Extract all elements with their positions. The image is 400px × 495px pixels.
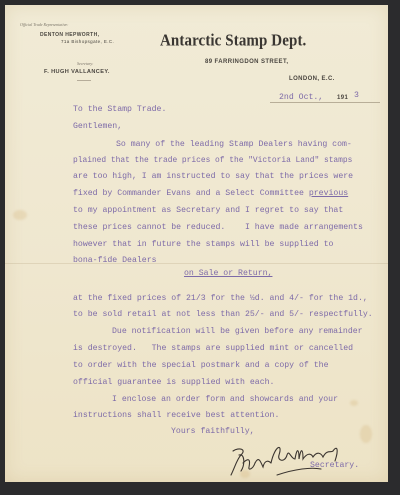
body-line: bona-fide Dealers	[73, 256, 157, 265]
year-typed: 3	[354, 91, 359, 100]
body-line: however that in future the stamps will b…	[73, 240, 333, 249]
body-line: are too high, I am instructed to say tha…	[73, 172, 353, 181]
salutation: Gentlemen,	[73, 122, 122, 131]
addressee: To the Stamp Trade.	[73, 105, 166, 114]
year-printed: 191	[337, 95, 348, 101]
body-line: these prices cannot be reduced. I have m…	[73, 223, 363, 232]
body-line: fixed by Commander Evans and a Select Co…	[73, 189, 348, 198]
underlined-previous: previous	[309, 189, 348, 198]
sale-or-return: on Sale or Return,	[184, 269, 272, 278]
representative-label: Official Trade Representative:	[20, 22, 69, 27]
body-line: official guarantee is supplied with each…	[73, 378, 274, 387]
body-line: to order with the special postmark and a…	[73, 361, 329, 370]
body-line: I enclose an order form and showcards an…	[112, 395, 338, 404]
body-line: So many of the leading Stamp Dealers hav…	[116, 140, 352, 149]
secretary-label: Secretary:	[77, 61, 94, 66]
body-line: to be sold retail at not less than 25/- …	[73, 310, 373, 319]
street-address: 89 FARRINGDON STREET,	[205, 59, 288, 65]
signoff-title: Secretary.	[310, 461, 359, 470]
body-line: at the fixed prices of 21/3 for the ½d. …	[73, 294, 368, 303]
body-line: Due notification will be given before an…	[112, 327, 363, 336]
foxing-stain	[13, 210, 27, 220]
secretary-name: F. HUGH VALLANCEY.	[44, 69, 110, 75]
foxing-stain	[360, 425, 372, 443]
rule-divider	[77, 80, 91, 81]
body-line: to my appointment as Secretary and I reg…	[73, 206, 343, 215]
closing: Yours faithfully,	[171, 427, 255, 436]
body-text: fixed by Commander Evans and a Select Co…	[73, 189, 309, 198]
foxing-stain	[350, 400, 358, 406]
body-line: is destroyed. The stamps are supplied mi…	[73, 344, 353, 353]
date-typed: 2nd Oct.,	[279, 93, 323, 102]
representative-address: 71a Bishopsgate, E.C.	[61, 39, 114, 44]
fold-crease	[5, 263, 388, 264]
body-line: plained that the trade prices of the "Vi…	[73, 156, 352, 165]
representative-name: DENTON HEPWORTH,	[40, 32, 99, 38]
body-line: instructions shall receive best attentio…	[73, 411, 279, 420]
letter-sheet: Official Trade Representative: DENTON HE…	[5, 5, 388, 482]
letterhead-title: Antarctic Stamp Dept.	[160, 32, 306, 51]
date-underline	[270, 102, 380, 103]
city-address: LONDON, E.C.	[289, 76, 335, 82]
